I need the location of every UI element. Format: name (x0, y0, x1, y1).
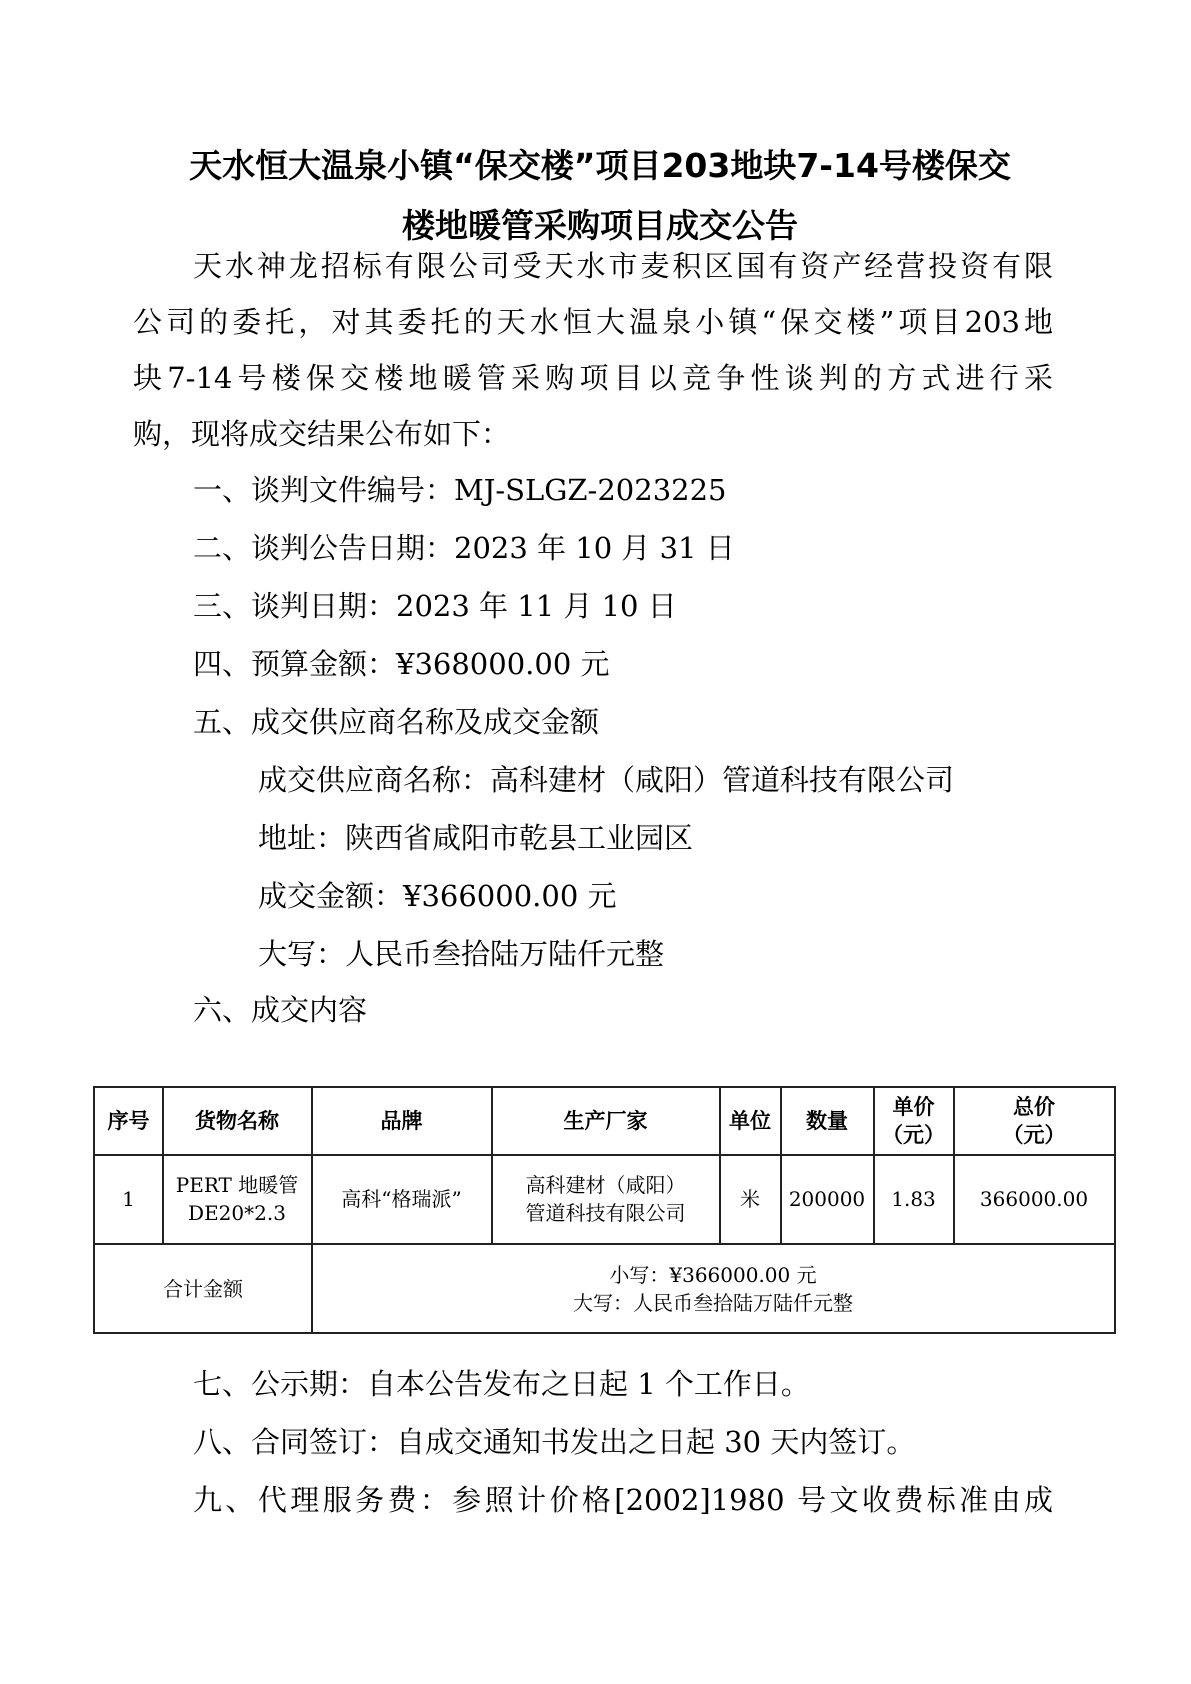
manufacturer-line-2: 管道科技有限公司 (526, 1199, 686, 1227)
document-page: 天水恒大温泉小镇“保交楼”项目203地块7-14号楼保交 楼地暖管采购项目成交公… (0, 0, 1191, 1684)
row-brand: 高科“格瑞派” (312, 1155, 491, 1243)
row-unit-price: 1.83 (874, 1155, 953, 1243)
header-unit-price-currency: （元） (882, 1121, 945, 1149)
row-total-price: 366000.00 (954, 1155, 1114, 1243)
total-amount-small: 小写：¥366000.00 元 (609, 1261, 816, 1289)
header-index: 序号 (95, 1088, 162, 1154)
header-total-price: 总价 （元） (954, 1088, 1114, 1154)
intro-line-1: 天水神龙招标有限公司受天水市麦积区国有资产经营投资有限 (193, 248, 1053, 284)
header-unit: 单位 (720, 1088, 780, 1154)
header-manufacturer: 生产厂家 (492, 1088, 719, 1154)
budget-amount: 四、预算金额：¥368000.00 元 (193, 646, 610, 682)
deal-amount-capital: 大写：人民币叁拾陆万陆仟元整 (258, 936, 664, 972)
total-label: 合计金额 (95, 1245, 311, 1332)
supplier-address: 地址：陕西省咸阳市乾县工业园区 (258, 820, 693, 856)
header-total-price-currency: （元） (1003, 1121, 1066, 1149)
contract-signing: 八、合同签订：自成交通知书发出之日起 30 天内签订。 (193, 1424, 915, 1460)
deal-content-table: 序号 货物名称 品牌 生产厂家 单位 数量 单价 （元） 总价 （元） 1 PE… (93, 1086, 1116, 1334)
goods-name-line-1: PERT 地暖管 (176, 1171, 298, 1199)
supplier-name: 成交供应商名称：高科建材（咸阳）管道科技有限公司 (258, 762, 954, 798)
row-index: 1 (95, 1155, 162, 1243)
goods-name-line-2: DE20*2.3 (188, 1199, 286, 1227)
announce-date: 二、谈判公告日期：2023 年 10 月 31 日 (193, 530, 735, 566)
negotiation-date: 三、谈判日期：2023 年 11 月 10 日 (193, 588, 677, 624)
intro-line-3: 块7-14号楼保交楼地暖管采购项目以竞争性谈判的方式进行采 (133, 360, 1053, 396)
header-unit-price: 单价 （元） (874, 1088, 953, 1154)
row-manufacturer: 高科建材（咸阳） 管道科技有限公司 (492, 1155, 719, 1243)
document-title-line-1: 天水恒大温泉小镇“保交楼”项目203地块7-14号楼保交 (100, 140, 1100, 187)
total-amount-capital: 大写：人民币叁拾陆万陆仟元整 (573, 1289, 853, 1317)
publicity-period: 七、公示期：自本公告发布之日起 1 个工作日。 (193, 1366, 810, 1402)
header-goods-name: 货物名称 (163, 1088, 311, 1154)
doc-number: 一、谈判文件编号：MJ-SLGZ-2023225 (193, 472, 727, 508)
row-unit: 米 (720, 1155, 780, 1243)
agency-fee: 九、代理服务费：参照计价格[2002]1980 号文收费标准由成 (193, 1482, 1053, 1518)
document-title-line-2: 楼地暖管采购项目成交公告 (100, 200, 1100, 247)
supplier-heading: 五、成交供应商名称及成交金额 (193, 704, 599, 740)
manufacturer-line-1: 高科建材（咸阳） (526, 1171, 686, 1199)
content-heading: 六、成交内容 (193, 992, 367, 1028)
row-quantity: 200000 (781, 1155, 873, 1243)
deal-amount: 成交金额：¥366000.00 元 (258, 878, 617, 914)
header-unit-price-label: 单价 (893, 1093, 935, 1121)
row-goods-name: PERT 地暖管 DE20*2.3 (163, 1155, 311, 1243)
intro-line-4: 购，现将成交结果公布如下： (133, 416, 510, 452)
intro-line-2: 公司的委托，对其委托的天水恒大温泉小镇“保交楼”项目203地 (133, 304, 1053, 340)
header-total-price-label: 总价 (1013, 1093, 1055, 1121)
header-brand: 品牌 (312, 1088, 491, 1154)
total-amount: 小写：¥366000.00 元 大写：人民币叁拾陆万陆仟元整 (312, 1245, 1114, 1332)
header-quantity: 数量 (781, 1088, 873, 1154)
